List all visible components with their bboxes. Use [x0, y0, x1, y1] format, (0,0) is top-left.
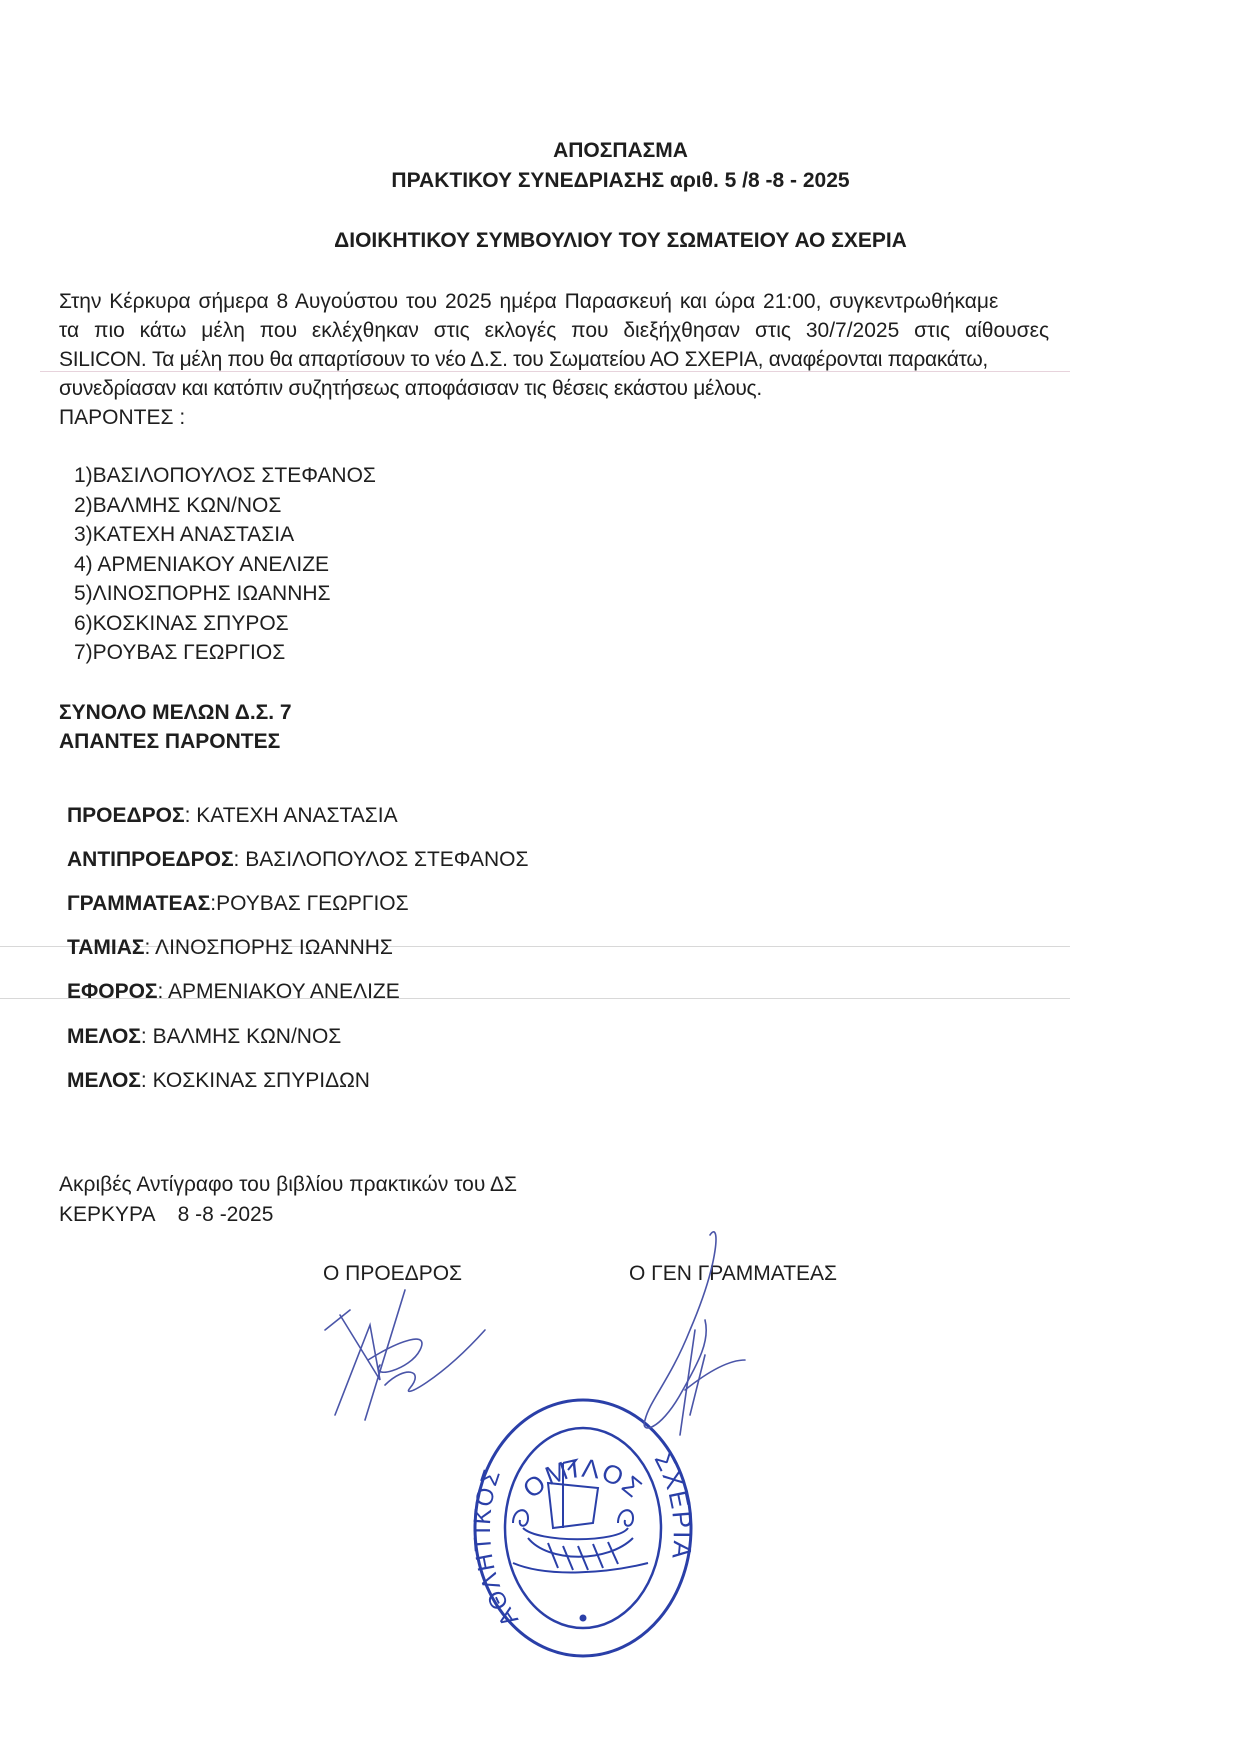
present-label: ΠΑΡΟΝΤΕΣ :	[59, 405, 185, 431]
role-row-steward: ΕΦΟΡΟΣ: ΑΡΜΕΝΙΑΚΟΥ ΑΝΕΛΙΖΕ	[67, 979, 400, 1005]
all-present: ΑΠΑΝΤΕΣ ΠΑΡΟΝΤΕΣ	[59, 729, 280, 755]
role-separator: :	[141, 1025, 153, 1048]
role-label: ΕΦΟΡΟΣ	[67, 980, 158, 1003]
role-row-treasurer: ΤΑΜΙΑΣ: ΛΙΝΟΣΠΟΡΗΣ ΙΩΑΝΝΗΣ	[67, 935, 393, 961]
intro-line-1: Στην Κέρκυρα σήμερα 8 Αυγούστου του 2025…	[59, 289, 1241, 315]
place-date: ΚΕΡΚΥΡΑ 8 -8 -2025	[59, 1202, 273, 1228]
role-row-vice-president: ΑΝΤΙΠΡΟΕΔΡΟΣ: ΒΑΣΙΛΟΠΟΥΛΟΣ ΣΤΕΦΑΝΟΣ	[67, 847, 528, 873]
role-label: ΠΡΟΕΔΡΟΣ	[67, 804, 185, 827]
role-separator: :	[158, 980, 169, 1003]
role-separator: :	[145, 936, 156, 959]
certification-text: Ακριβές Αντίγραφο του βιβλίου πρακτικών …	[59, 1172, 517, 1198]
role-separator: :	[141, 1069, 153, 1092]
scan-artifact-line	[40, 371, 1070, 372]
role-name: ΒΑΛΜΗΣ ΚΩΝ/ΝΟΣ	[153, 1025, 342, 1048]
list-item: 4) ΑΡΜΕΝΙΑΚΟΥ ΑΝΕΛΙΖΕ	[74, 552, 329, 578]
stamp-text-top: ΟΜΙΛΟΣ	[517, 1453, 649, 1505]
list-item: 5)ΛΙΝΟΣΠΟΡΗΣ ΙΩΑΝΝΗΣ	[74, 581, 331, 607]
list-item: 3)ΚΑΤΕΧΗ ΑΝΑΣΤΑΣΙΑ	[74, 522, 294, 548]
board-heading: ΔΙΟΙΚΗΤΙΚΟΥ ΣΥΜΒΟΥΛΙΟΥ ΤΟΥ ΣΩΜΑΤΕΙΟΥ ΑΟ …	[0, 228, 1241, 254]
role-name: ΒΑΣΙΛΟΠΟΥΛΟΣ ΣΤΕΦΑΝΟΣ	[245, 848, 528, 871]
list-item: 2)ΒΑΛΜΗΣ ΚΩΝ/ΝΟΣ	[74, 493, 281, 519]
role-name: ΚΟΣΚΙΝΑΣ ΣΠΥΡΙΔΩΝ	[153, 1069, 370, 1092]
document-page: ΑΠΟΣΠΑΣΜΑ ΠΡΑΚΤΙΚΟΥ ΣΥΝΕΔΡΙΑΣΗΣ αριθ. 5 …	[0, 0, 1241, 1755]
role-label: ΑΝΤΙΠΡΟΕΔΡΟΣ	[67, 848, 234, 871]
role-label: ΜΕΛΟΣ	[67, 1025, 141, 1048]
list-item: 7)ΡΟΥΒΑΣ ΓΕΩΡΓΙΟΣ	[74, 640, 285, 666]
role-row-member: ΜΕΛΟΣ: ΚΟΣΚΙΝΑΣ ΣΠΥΡΙΔΩΝ	[67, 1068, 370, 1094]
role-name: ΚΑΤΕΧΗ ΑΝΑΣΤΑΣΙΑ	[196, 804, 397, 827]
intro-line-3: SILICON. Τα μέλη που θα απαρτίσουν το νέ…	[59, 347, 1241, 373]
role-row-member: ΜΕΛΟΣ: ΒΑΛΜΗΣ ΚΩΝ/ΝΟΣ	[67, 1024, 341, 1050]
role-separator: :	[185, 804, 197, 827]
document-title: ΑΠΟΣΠΑΣΜΑ	[0, 138, 1241, 164]
role-name: ΡΟΥΒΑΣ ΓΕΩΡΓΙΟΣ	[216, 892, 409, 915]
role-row-president: ΠΡΟΕΔΡΟΣ: ΚΑΤΕΧΗ ΑΝΑΣΤΑΣΙΑ	[67, 803, 398, 829]
list-item: 6)ΚΟΣΚΙΝΑΣ ΣΠΥΡΟΣ	[74, 611, 289, 637]
role-name: ΑΡΜΕΝΙΑΚΟΥ ΑΝΕΛΙΖΕ	[168, 980, 400, 1003]
stamp-text-left: ΑΘΛΗΤΙΚΟΣ	[469, 1465, 524, 1632]
role-label: ΜΕΛΟΣ	[67, 1069, 141, 1092]
secretary-signature-icon	[620, 1220, 760, 1450]
document-subtitle: ΠΡΑΚΤΙΚΟΥ ΣΥΝΕΔΡΙΑΣΗΣ αριθ. 5 /8 -8 - 20…	[0, 168, 1241, 194]
stamp-text-right: ΣΧΕΡΙΑ	[649, 1447, 698, 1561]
role-separator: :	[234, 848, 246, 871]
role-label: ΓΡΑΜΜΑΤΕΑΣ	[67, 892, 210, 915]
role-name: ΛΙΝΟΣΠΟΡΗΣ ΙΩΑΝΝΗΣ	[155, 936, 393, 959]
intro-line-4: συνεδρίασαν και κατόπιν συζητήσεως αποφά…	[59, 376, 762, 402]
role-label: ΤΑΜΙΑΣ	[67, 936, 145, 959]
intro-line-2: τα πιο κάτω μέλη που εκλέχθηκαν στις εκλ…	[59, 318, 1241, 344]
role-row-secretary: ΓΡΑΜΜΑΤΕΑΣ:ΡΟΥΒΑΣ ΓΕΩΡΓΙΟΣ	[67, 891, 409, 917]
members-total: ΣΥΝΟΛΟ ΜΕΛΩΝ Δ.Σ. 7	[59, 700, 292, 726]
list-item: 1)ΒΑΣΙΛΟΠΟΥΛΟΣ ΣΤΕΦΑΝΟΣ	[74, 463, 376, 489]
